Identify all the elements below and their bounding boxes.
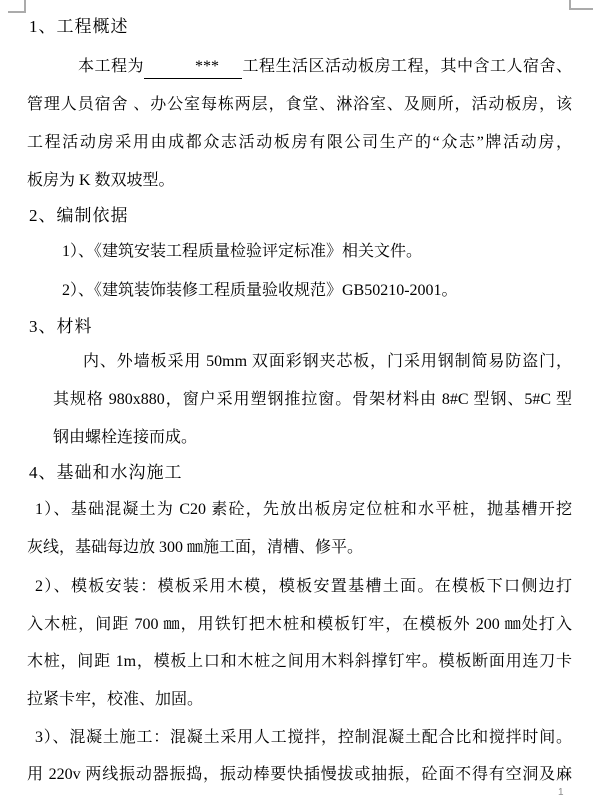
list-item-line: 拉紧卡牢，校准、加固。: [27, 688, 203, 712]
list-item: 1）、《建筑安装工程质量检验评定标准》相关文件。: [62, 240, 422, 264]
underlined-blank: ***: [144, 57, 242, 79]
paragraph-line: 管理人员宿舍 、办公室每栋两层，食堂、淋浴室、及厕所，活动板房，该: [27, 93, 572, 117]
document-page: 1、工程概述 本工程为***工程生活区活动板房工程，其中含工人宿舍、 管理人员宿…: [0, 0, 595, 812]
section-heading-4: 4、基础和水沟施工: [29, 460, 183, 486]
list-item-line: 1）、基础混凝土为 C20 素砼，先放出板房定位桩和水平桩，抛基槽开挖: [27, 498, 572, 522]
section-heading-2: 2、编制依据: [29, 203, 129, 229]
section-heading-3: 3、材料: [29, 314, 93, 340]
paragraph-line: 其规格 980x880，窗户采用塑钢推拉窗。骨架材料由 8#C 型钢、5#C 型: [53, 388, 572, 412]
list-item-line: 3）、混凝土施工：混凝土采用人工搅拌，控制混凝土配合比和搅拌时间。: [27, 726, 572, 750]
page-number: 1: [558, 787, 564, 799]
paragraph-text: 本工程为: [78, 58, 144, 75]
list-item-line: 木桩，间距 1m，模板上口和木桩之间用木料斜撑钉牢。模板断面用连刀卡: [27, 650, 572, 674]
paragraph-line: 板房为 K 数双坡型。: [27, 169, 175, 193]
paragraph-line: 内、外墙板采用 50mm 双面彩钢夹芯板，门采用钢制简易防盗门，: [53, 350, 572, 374]
list-item: 2）、《建筑装饰装修工程质量验收规范》GB50210-2001。: [62, 279, 458, 303]
paragraph-text: 工程生活区活动板房工程，其中含工人宿舍、: [242, 58, 572, 75]
page-margin-mark-right: [569, 0, 593, 10]
section-heading-1: 1、工程概述: [29, 14, 129, 40]
paragraph-line: 工程活动房采用由成都众志活动板房有限公司生产的“众志”牌活动房，: [27, 131, 572, 155]
list-item-line: 入木桩，间距 700 ㎜，用铁钉把木桩和模板钉牢，在模板外 200 ㎜处打入: [27, 613, 572, 637]
page-margin-mark-left: [8, 0, 26, 13]
list-item-line: 用 220v 两线振动器振捣，振动棒要快插慢拔或抽振，砼面不得有空洞及麻: [27, 763, 572, 787]
list-item-line: 2）、模板安装：模板采用木模，模板安置基槽土面。在模板下口侧边打: [27, 575, 572, 599]
list-item-line: 灰线，基础每边放 300 ㎜施工面，清槽、修平。: [27, 536, 363, 560]
paragraph-line: 本工程为***工程生活区活动板房工程，其中含工人宿舍、: [27, 55, 572, 79]
paragraph-line: 钢由螺栓连接而成。: [53, 426, 197, 450]
